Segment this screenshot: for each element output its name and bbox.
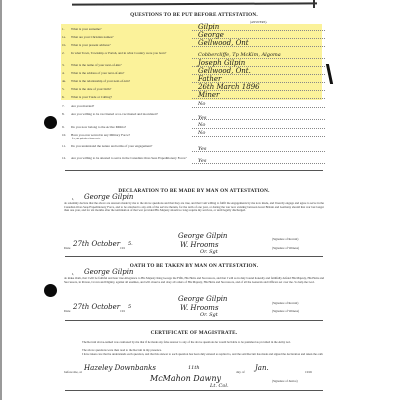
certificate-day: 11th [188, 365, 200, 371]
year-prefix: 191 [120, 246, 125, 250]
oath-date: 27th October [73, 303, 120, 311]
declaration-recruit-signature: George Gilpin [178, 232, 227, 240]
question-row: 1b.What is your present address? [62, 43, 327, 47]
certificate-year: 1916 [305, 370, 312, 374]
oath-year-prefix: 191 [120, 309, 125, 313]
certificate-heading: CERTIFICATE OF MAGISTRATE. [60, 330, 328, 336]
oath-name: George Gilpin [84, 268, 133, 276]
oath-recruit-signature: George Gilpin [178, 295, 227, 303]
certificate-para-3: I have taken care that he understands ea… [64, 353, 324, 357]
answer-next-of-kin-address: Gellwood, Ont. [198, 67, 251, 75]
top-mark [313, 0, 315, 8]
question-row: 8.Are you willing to be vaccinated or re… [62, 112, 327, 116]
oath-date-label: Date [64, 309, 70, 313]
oath-year-suffix: 5 [128, 304, 131, 310]
day-of-label: day of [236, 370, 245, 374]
divider [65, 390, 323, 391]
witness-signature-label: (Signature of Witness) [272, 246, 299, 250]
punch-hole-top [44, 116, 57, 129]
divider [65, 256, 323, 257]
question-row: 6.What is your Trade or Calling? [62, 95, 327, 99]
question-row: 3.What is the name of your next-of-kin? [62, 63, 327, 67]
oath-recruit-signature-label: (Signature of Recruit) [272, 301, 298, 305]
attestation-paper: QUESTIONS TO BE PUT BEFORE ATTESTATION. … [60, 0, 328, 400]
certificate-place: Hazeley Downbanks [84, 364, 156, 372]
date-label: Date [64, 246, 70, 250]
question-row: 7.Are you married? [62, 104, 327, 108]
declaration-body: do solemnly declare that the above are a… [64, 202, 324, 213]
before-me-label: before me, at [64, 370, 82, 374]
justice-signature-label: (Signature of Justice) [272, 379, 298, 383]
answer-trade: Miner [198, 91, 219, 99]
question-row: 12.Are you willing to be attested to ser… [62, 156, 327, 160]
question-row: 2.In what Town, Township or Parish, and … [62, 51, 327, 55]
oath-witness-signature: W. Hrooms [180, 304, 219, 312]
answer-active-militia: No [198, 122, 205, 128]
divider [65, 320, 323, 321]
declaration-witness-signature: W. Hrooms [180, 241, 219, 249]
answer-next-of-kin: Joseph Gilpin [198, 59, 245, 67]
answer-birthplace: Cobbercliffe, Tp McKim, Algoma [198, 52, 281, 58]
question-row: 9.Do you now belong to the Active Militi… [62, 125, 327, 129]
declaration-witness-rank: Or. Sgt [200, 249, 218, 255]
answer-military-service: No [198, 130, 205, 136]
recruit-signature-label: (Signature of Recruit) [272, 237, 298, 241]
divider [65, 170, 323, 171]
punch-hole-bottom [44, 284, 57, 297]
answer-surname: Gilpin [198, 23, 219, 31]
answer-birth-date: 26th March 1896 [198, 83, 260, 91]
justice-signature: McMahon Dawny [150, 374, 221, 383]
answer-vaccinated: Yes [198, 115, 206, 121]
answer-address: Gellwood, Ont [198, 39, 249, 47]
questions-heading: QUESTIONS TO BE PUT BEFORE ATTESTATION. [60, 12, 328, 18]
top-rule [72, 2, 317, 5]
oath-body: do make Oath, that I will be faithful an… [64, 277, 324, 284]
answer-understand-terms: Yes [198, 146, 206, 152]
oath-witness-rank: Or. Sgt [200, 312, 218, 318]
declaration-name: George Gilpin [84, 193, 133, 201]
answer-married: No [198, 101, 205, 107]
question-row: 5.What is the date of your birth? [62, 87, 327, 91]
answer-willing-to-serve: Yes [198, 158, 206, 164]
answer-christian-names: George [198, 31, 224, 39]
certificate-para-1: The Recruit above-named was cautioned by… [64, 341, 324, 345]
question-row: 4.What is the address of your next-of-ki… [62, 71, 327, 75]
certificate-month: Jan. [255, 364, 269, 372]
question-row: 1a.What are your Christian names? [62, 35, 327, 39]
declaration-date: 27th October [73, 240, 120, 248]
justice-rank: Lt. Col. [210, 383, 229, 389]
question-row: 4a.What is the relationship of your next… [62, 79, 327, 83]
oath-witness-signature-label: (Signature of Witness) [272, 309, 299, 313]
q10-note: If so, state particulars of former servi… [72, 137, 337, 141]
question-row: 1.What is your surname? [62, 27, 327, 31]
answer-relationship: Father [198, 75, 221, 83]
year-suffix: 5. [128, 241, 133, 247]
scan-left-edge [0, 0, 2, 400]
question-row: 11.Do you understand the nature and term… [62, 144, 327, 148]
